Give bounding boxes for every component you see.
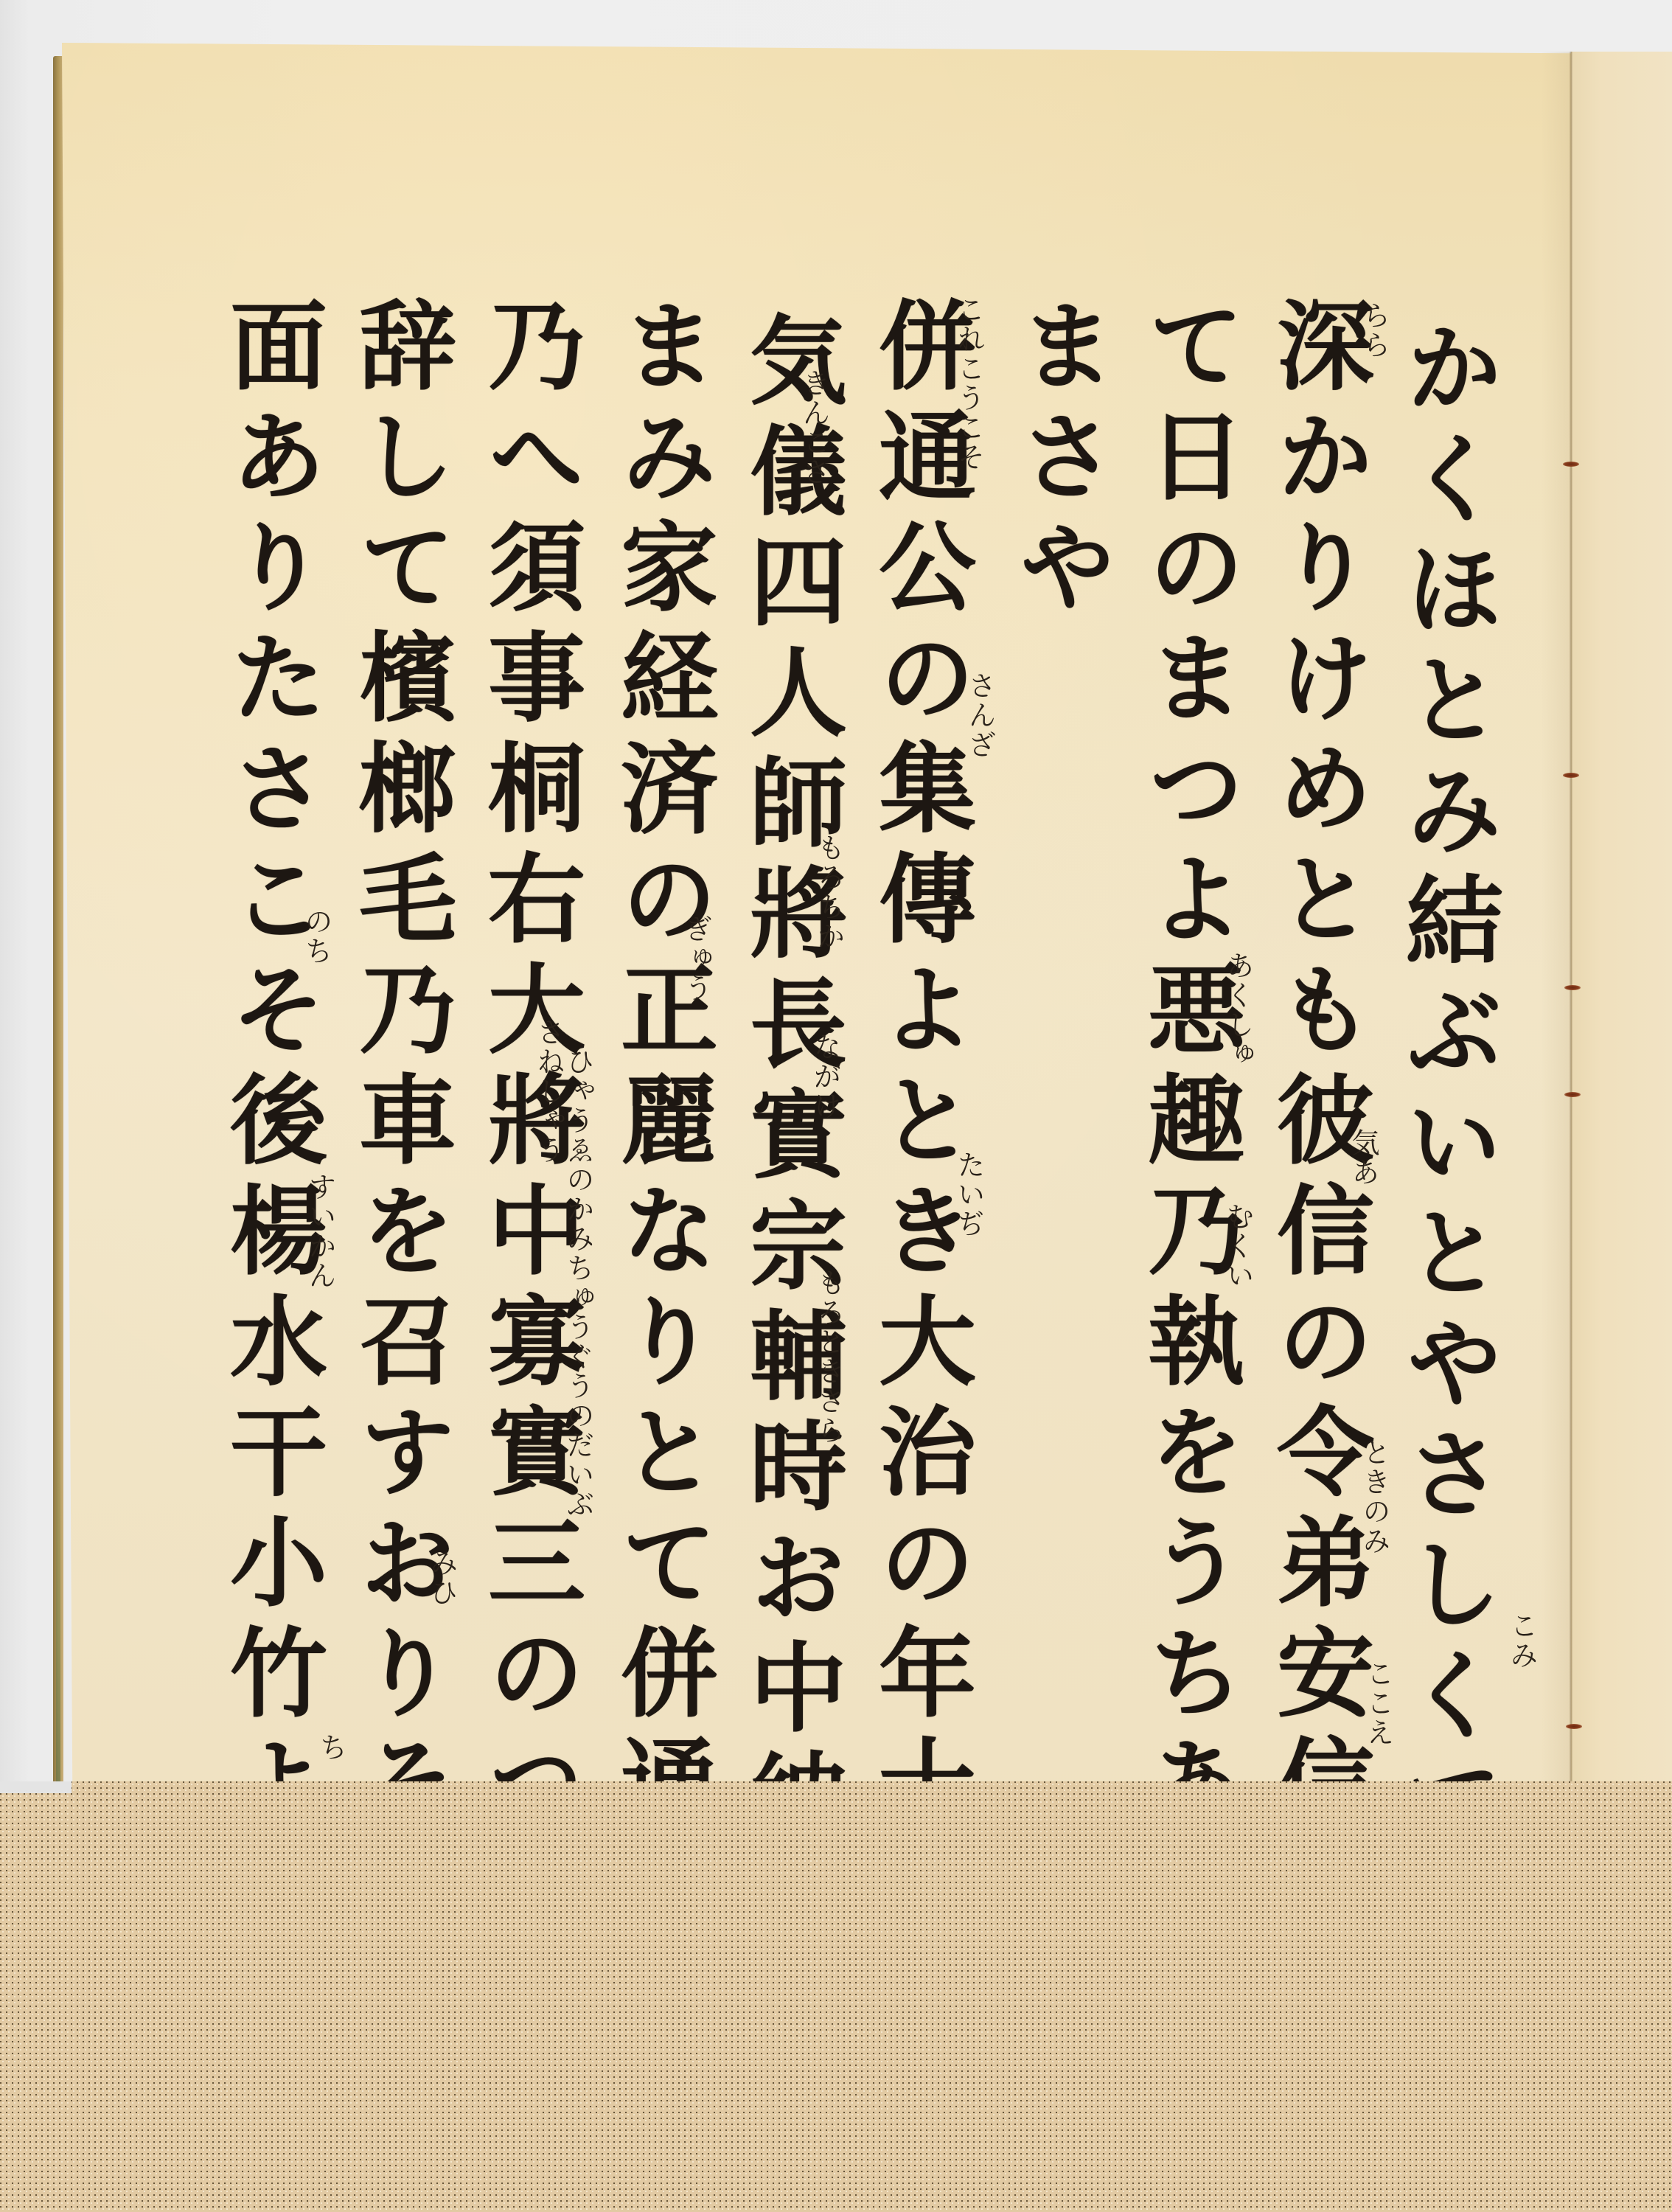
furigana: さんざ (966, 671, 994, 759)
stitch-hole-icon (1563, 462, 1579, 467)
furigana: ちゅうぐうのだいぶ (564, 1253, 592, 1519)
furigana: ひゃうゑのかみ (564, 1047, 592, 1253)
text-column-4: まさや (1010, 295, 1107, 627)
gutter-shadow (1541, 52, 1570, 1799)
furigana: こみ (1508, 1611, 1536, 1670)
text-column-5: 併通公の集傳よとき大治の年十月 (870, 295, 967, 1954)
binding-gutter (1570, 52, 1572, 1799)
dithered-overlay-band (0, 1781, 1672, 2212)
furigana: あくしゅ (1224, 951, 1252, 1069)
furigana: もろときさら (815, 1268, 843, 1445)
facing-page (1571, 52, 1672, 1799)
furigana: のち (302, 907, 330, 966)
furigana: これこうこそ (955, 295, 983, 472)
furigana: ぎゅう (682, 914, 710, 1003)
furigana: すいかん (306, 1172, 334, 1290)
furigana: もろちか (815, 833, 843, 951)
overlay-notch (0, 1781, 72, 1793)
furigana: 気あ (1349, 1128, 1377, 1187)
stitch-hole-icon (1566, 1724, 1582, 1729)
stitch-hole-icon (1564, 1092, 1581, 1097)
furigana: ときのみ (1360, 1438, 1388, 1556)
furigana: たいぢ (955, 1150, 983, 1239)
furigana: むくい (1224, 1202, 1252, 1290)
text-column-7: まみ家経済の正麗なりとて併通そ (612, 295, 709, 1954)
furigana: らら (1360, 301, 1388, 360)
text-column-6: 気儀四人師將長實宗輔時お中納言 (741, 310, 838, 1969)
stitch-hole-icon (1563, 773, 1579, 778)
furigana: ここえ (1364, 1659, 1392, 1747)
stitch-hole-icon (1564, 985, 1581, 990)
furigana: ながけ (811, 1032, 839, 1121)
furigana: さねしゃう (534, 1018, 562, 1165)
furigana: みひ (428, 1548, 456, 1607)
furigana: ち (317, 1733, 345, 1762)
book-cover-edge-tint (56, 1401, 60, 1784)
furigana: きんこさ (800, 369, 828, 487)
